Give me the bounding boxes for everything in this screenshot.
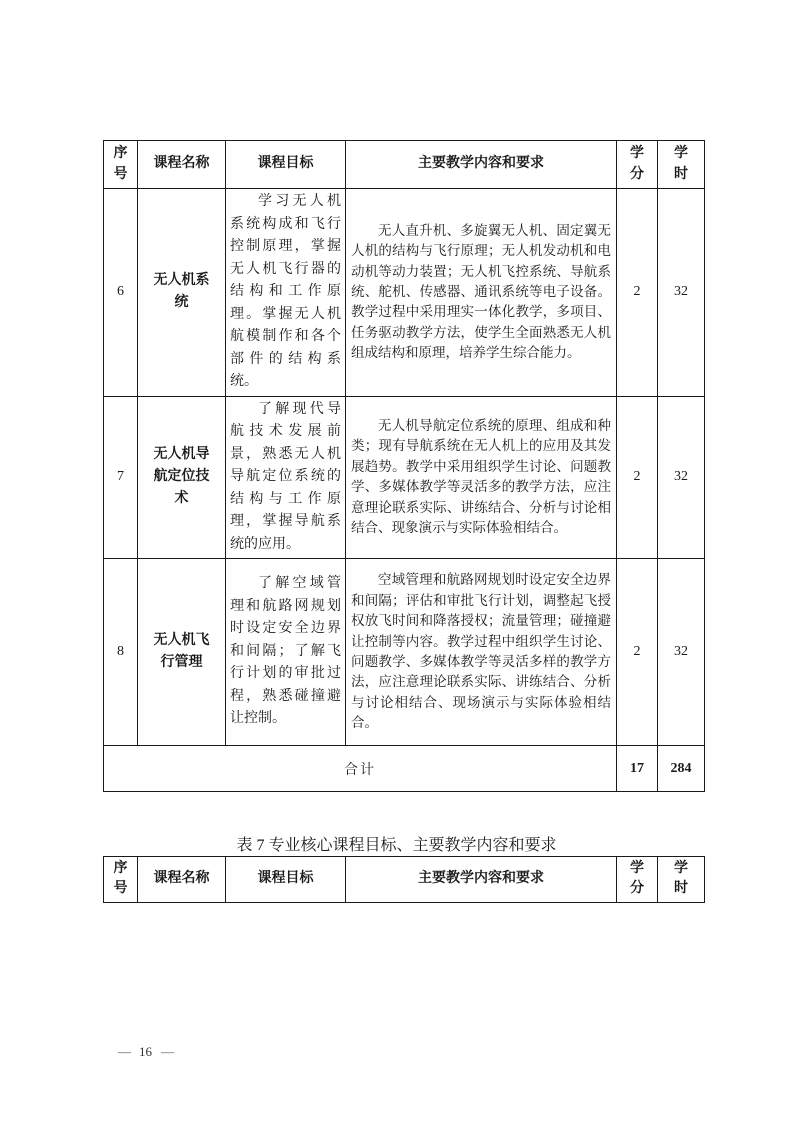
cell-course-content: 无人机导航定位系统的原理、组成和种类；现有导航系统在无人机上的应用及其发展趋势。… [346,396,617,559]
table7-caption: 表 7 专业核心课程目标、主要教学内容和要求 [0,832,793,855]
total-credits: 17 [617,746,658,792]
cell-course-content: 空域管理和航路网规划时设定安全边界和间隔；评估和审批飞行计划，调整起飞授权放飞时… [346,559,617,746]
page-number: 16 [139,1044,152,1060]
cell-hours: 32 [658,396,705,559]
col-header-credits: 学分 [617,857,658,903]
cell-course-objective: 学习无人机系统构成和飞行控制原理，掌握无人机飞行器的结构和工作原理。掌握无人机航… [226,189,346,397]
col-header-content: 主要教学内容和要求 [346,141,617,189]
col-header-no: 序号 [104,141,138,189]
table-header-row: 序号 课程名称 课程目标 主要教学内容和要求 学分 学时 [104,857,705,903]
page-number-dash: — [118,1044,130,1060]
page-footer: — 16 — [118,1044,173,1060]
cell-row-no: 8 [104,559,138,746]
cell-course-content: 无人直升机、多旋翼无人机、固定翼无人机的结构与飞行原理；无人机发动机和电动机等动… [346,189,617,397]
cell-hours: 32 [658,189,705,397]
col-header-credits: 学分 [617,141,658,189]
course-table-continued: 序号 课程名称 课程目标 主要教学内容和要求 学分 学时 6 无人机系统 学习无… [103,140,705,792]
col-header-course-name: 课程名称 [138,141,226,189]
cell-course-name: 无人机导航定位技术 [138,396,226,559]
cell-row-no: 7 [104,396,138,559]
cell-course-name: 无人机飞行管理 [138,559,226,746]
col-header-hours: 学时 [658,857,705,903]
total-row: 合计 17 284 [104,746,705,792]
col-header-objective: 课程目标 [226,141,346,189]
total-label: 合计 [104,746,617,792]
cell-row-no: 6 [104,189,138,397]
col-header-objective: 课程目标 [226,857,346,903]
col-header-hours: 学时 [658,141,705,189]
cell-hours: 32 [658,559,705,746]
cell-course-objective: 了解现代导航技术发展前景，熟悉无人机导航定位系统的结构与工作原理，掌握导航系统的… [226,396,346,559]
cell-credits: 2 [617,559,658,746]
col-header-course-name: 课程名称 [138,857,226,903]
table-row: 8 无人机飞行管理 了解空域管理和航路网规划时设定安全边界和间隔；了解飞行计划的… [104,559,705,746]
total-hours: 284 [658,746,705,792]
page-number-dash: — [161,1044,173,1060]
table-row: 7 无人机导航定位技术 了解现代导航技术发展前景，熟悉无人机导航定位系统的结构与… [104,396,705,559]
col-header-no: 序号 [104,857,138,903]
table-header-row: 序号 课程名称 课程目标 主要教学内容和要求 学分 学时 [104,141,705,189]
cell-course-objective: 了解空域管理和航路网规划时设定安全边界和间隔；了解飞行计划的审批过程，熟悉碰撞避… [226,559,346,746]
table7-core-courses: 序号 课程名称 课程目标 主要教学内容和要求 学分 学时 [103,856,705,903]
col-header-content: 主要教学内容和要求 [346,857,617,903]
cell-course-name: 无人机系统 [138,189,226,397]
table-row: 6 无人机系统 学习无人机系统构成和飞行控制原理，掌握无人机飞行器的结构和工作原… [104,189,705,397]
cell-credits: 2 [617,189,658,397]
cell-credits: 2 [617,396,658,559]
